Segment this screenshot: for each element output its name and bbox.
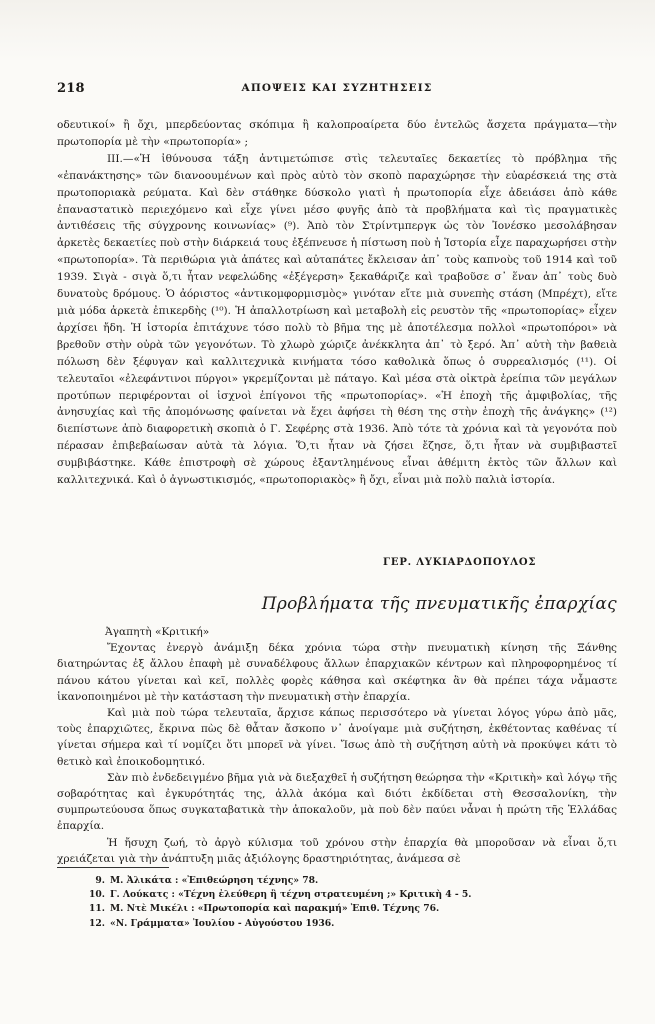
footnote-item: 12.«Ν. Γράμματα» Ἰουλίου - Αὐγούστου 193…: [87, 917, 567, 931]
footnote-number: 12.: [87, 917, 105, 931]
article-2-paragraph: Ἔχοντας ἐνεργὸ ἀνάμιξη δέκα χρόνια τώρα …: [57, 640, 617, 705]
footnote-text: Μ. Ἀλικάτα : «Ἐπιθεώρηση τέχνης» 78.: [110, 875, 318, 886]
section-title: ΑΠΟΨΕΙΣ ΚΑΙ ΣΥΖΗΤΗΣΕΙΣ: [57, 82, 617, 94]
article-2-body: Ἀγαπητὴ «Κριτική» Ἔχοντας ἐνεργὸ ἀνάμιξη…: [57, 624, 617, 867]
footnote-item: 11.Μ. Ντὲ Μικέλι : «Πρωτοπορία καὶ παρακ…: [87, 902, 567, 916]
footnote-number: 11.: [87, 902, 105, 916]
footnote-number: 10.: [87, 888, 105, 902]
footnote-text: Μ. Ντὲ Μικέλι : «Πρωτοπορία καὶ παρακμή»…: [110, 903, 439, 914]
article-1-body: οδευτικοί» ἢ ὄχι, μπερδεύοντας σκόπιμα ἢ…: [57, 117, 617, 489]
page-top-shading: [0, 0, 655, 60]
letter-salutation: Ἀγαπητὴ «Κριτική»: [57, 624, 617, 640]
article-2-paragraph: Καὶ μιὰ ποὺ τώρα τελευταῖα, ἄρχισε κάπως…: [57, 705, 617, 770]
article-2-paragraph: Ἡ ἤσυχη ζωή, τὸ ἀργὸ κύλισμα τοῦ χρόνου …: [57, 835, 617, 867]
footnote-item: 9.Μ. Ἀλικάτα : «Ἐπιθεώρηση τέχνης» 78.: [87, 874, 567, 888]
footnotes: 9.Μ. Ἀλικάτα : «Ἐπιθεώρηση τέχνης» 78. 1…: [87, 874, 567, 931]
author-signature: ΓΕΡ. ΛΥΚΙΑΡΔΟΠΟΥΛΟΣ: [383, 557, 536, 568]
article-2-title: Προβλήματα τῆς πνευματικῆς ἐπαρχίας: [262, 594, 617, 614]
running-head: 218 ΑΠΟΨΕΙΣ ΚΑΙ ΣΥΖΗΤΗΣΕΙΣ: [57, 81, 617, 97]
footnote-text: «Ν. Γράμματα» Ἰουλίου - Αὐγούστου 1936.: [110, 918, 334, 929]
document-page: 218 ΑΠΟΨΕΙΣ ΚΑΙ ΣΥΖΗΤΗΣΕΙΣ οδευτικοί» ἢ …: [0, 0, 655, 1024]
footnote-text: Γ. Λούκατς : «Τέχνη ἐλεύθερη ἢ τέχνη στρ…: [110, 889, 471, 900]
footnote-number: 9.: [87, 874, 105, 888]
article-1-paragraph: ΙΙΙ.—«Ἡ ἰθύνουσα τάξη ἀντιμετώπισε στὶς …: [57, 151, 617, 489]
footnote-divider: [57, 867, 169, 868]
footnote-item: 10.Γ. Λούκατς : «Τέχνη ἐλεύθερη ἢ τέχνη …: [87, 888, 567, 902]
article-1-paragraph: οδευτικοί» ἢ ὄχι, μπερδεύοντας σκόπιμα ἢ…: [57, 117, 617, 151]
article-2-paragraph: Σὰν πιὸ ἐνδεδειγμένο βῆμα γιὰ νὰ διεξαχθ…: [57, 770, 617, 835]
